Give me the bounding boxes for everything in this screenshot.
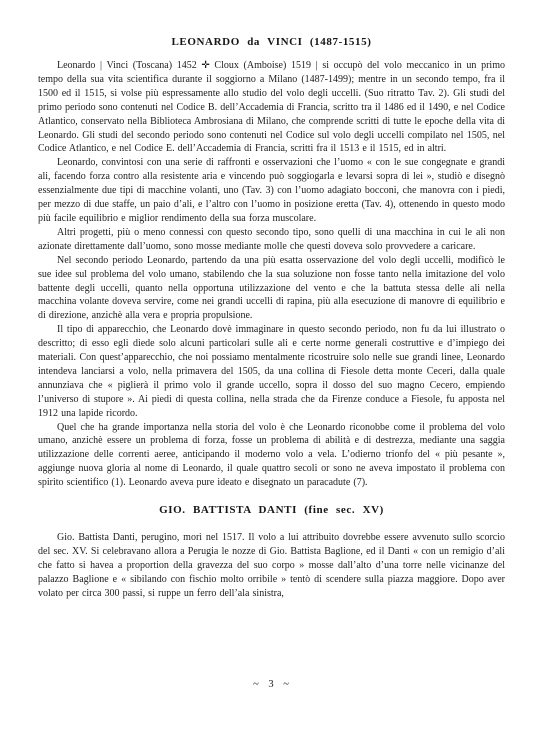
paragraph: Altri progetti, più o meno connessi con … [38, 226, 505, 254]
section-heading-leonardo: LEONARDO da VINCI (1487-1515) [38, 36, 505, 48]
paragraph: Il tipo di apparecchio, che Leonardo dov… [38, 323, 505, 420]
paragraph: Leonardo | Vinci (Toscana) 1452 ✛ Cloux … [38, 59, 505, 156]
page-content: LEONARDO da VINCI (1487-1515) Leonardo |… [38, 36, 505, 601]
page-number: ~ 3 ~ [0, 679, 543, 690]
paragraph: Nel secondo periodo Leonardo, partendo d… [38, 254, 505, 324]
paragraph: Quel che ha grande importanza nella stor… [38, 421, 505, 491]
paragraph: Gio. Battista Danti, perugino, morì nel … [38, 531, 505, 601]
section-danti: GIO. BATTISTA DANTI (fine sec. XV) Gio. … [38, 504, 505, 601]
section-leonardo: LEONARDO da VINCI (1487-1515) Leonardo |… [38, 36, 505, 490]
book-page: LEONARDO da VINCI (1487-1515) Leonardo |… [0, 0, 543, 750]
paragraph: Leonardo, convintosi con una serie di ra… [38, 156, 505, 226]
section-heading-danti: GIO. BATTISTA DANTI (fine sec. XV) [38, 504, 505, 516]
